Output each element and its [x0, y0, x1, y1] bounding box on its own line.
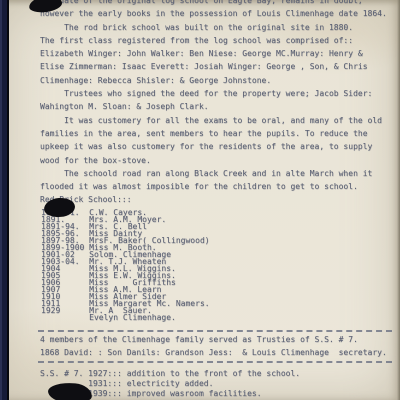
- text-line: Elise Zimmerman: Isaac Everett: Josiah W…: [40, 60, 387, 73]
- text-line: upkeep it was also customery for the res…: [40, 140, 387, 153]
- text-line: S.S. # 7. 1927::: addition to the front …: [40, 369, 300, 379]
- text-line: The schoold road ran along Black Creek a…: [40, 167, 387, 180]
- text-line: Climenhage: Rebecca Shisler: & George Jo…: [40, 74, 387, 87]
- text-line: Wahington M. Sloan: & Joseph Clark.: [40, 100, 387, 113]
- text-line: 4 members of the Climenhage family serve…: [40, 334, 387, 347]
- text-line: The rod brick school was built on the or…: [40, 21, 387, 34]
- text-line: Trustees who signed the deed for the pro…: [40, 87, 387, 100]
- text-line: 1868 David: : Son Danils: Grandson Jess:…: [40, 347, 387, 360]
- text-line: It was customery for all the exams to be…: [40, 114, 387, 127]
- scan-edge-left: [0, 0, 9, 400]
- text-line: however the early books in the possessio…: [40, 7, 387, 20]
- dashed-divider-bottom: [38, 361, 392, 363]
- text-line: families in the area, sent members to he…: [40, 127, 387, 140]
- text-line: The first class registered from the log …: [40, 34, 387, 47]
- scanned-document-page: The date of the original log school on E…: [0, 0, 400, 400]
- text-line: Elizabeth Winger: John Walker: Ben Niese…: [40, 47, 387, 60]
- text-line: flooded it was almost imposible for the …: [40, 180, 387, 193]
- intro-paragraphs: The date of the original log school on E…: [40, 0, 387, 193]
- text-line: The date of the original log school on E…: [40, 0, 387, 7]
- dashed-divider-top: [38, 330, 392, 332]
- trustee-note: 4 members of the Climenhage family serve…: [40, 334, 387, 359]
- text-line: Evelyn Climenhage.: [41, 314, 210, 321]
- text-line: wood for the box-stove.: [40, 154, 387, 167]
- paper: The date of the original log school on E…: [0, 0, 400, 400]
- teacher-list: 1880-91. C.W. Cayers.1891. Mrs. A.M. Moy…: [41, 209, 210, 321]
